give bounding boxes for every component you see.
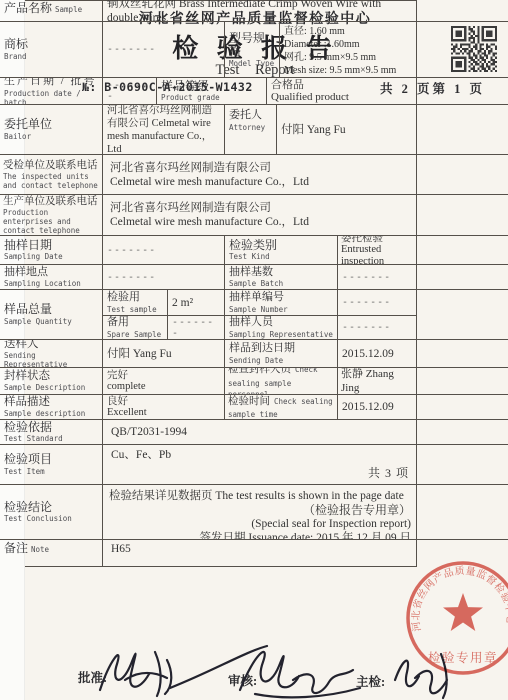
test-standard-value: QB/T2031-1994 [103,420,417,444]
row-production-unit: 生产单位及联系电话 Production enterprises and con… [0,195,508,236]
production-date-label: 生产日期 / 批号 Production date / batch [0,78,103,104]
review-signature [170,646,360,697]
sample-number-label: 抽样单编号 Sample Number [225,290,338,315]
row-brand-model: 商标 Brand ------- 型号规格 Model Type 直径: 1.6… [0,22,508,78]
label-cn: 产品名称 [4,2,52,16]
seal-state-label: 封样状态 Sample Description [0,368,103,394]
sending-date-value: 2015.12.09 [338,340,417,367]
row-inspected-unit: 受检单位及联系电话 The inspected units and contac… [0,155,508,195]
sampling-location-label: 抽样地点 Sampling Location [0,265,103,289]
model-type-value: 直径: 1.60 mm Diameter :1.60mm 网孔: 9.5 mm×… [280,22,417,77]
production-unit-label: 生产单位及联系电话 Production enterprises and con… [0,195,103,235]
conclusion-seal-note-en: (Special seal for Inspection report) [109,517,411,531]
brand-label: 商标 Brand [0,22,103,77]
test-kind-value: 委托检验 Entrusted inspection [338,236,417,264]
bailor-value: 河北省喜尔玛丝网制造有限公司 Celmetal wire mesh manufa… [103,105,225,154]
conclusion-line1: 检验结果详见数据页 The test results is shown in t… [109,489,411,503]
row-test-standard: 检验依据 Test Standard QB/T2031-1994 [0,420,508,445]
sample-desc-value: 良好 Excellent [103,395,225,419]
sample-batch-label: 抽样基数 Sample Batch [225,265,338,289]
sample-quantity-label: 样品总量 Sample Quantity [0,290,103,339]
product-grade-value: 合格品 Qualified product [267,78,417,104]
sample-batch-value: ------- [338,265,417,289]
approve-signature [100,652,171,696]
bailor-label: 委托单位 Bailor [0,105,103,154]
test-item-value: Cu、Fe、Pb 共 3 项 [103,445,417,484]
row-sampling-location: 抽样地点 Sampling Location ------- 抽样基数 Samp… [0,265,508,290]
sampling-date-label: 抽样日期 Sampling Date [0,236,103,264]
sending-date-label: 样品到达日期 Sending Date [225,340,338,367]
attorney-value: 付阳 Yang Fu [277,105,417,154]
stamp-bottom-text: 检验专用章 [428,650,498,665]
stamp-star-icon [443,593,483,631]
sampling-location-value: ------- [103,265,225,289]
label-en: Sample [55,5,82,14]
document-page: 河北省丝网产品质量监督检验中心 检 验 报 告 Test Report №: B… [0,0,508,700]
sampling-rep-value: ------- [338,315,417,340]
note-value: H65 [103,540,417,567]
inspection-stamp: 河北省丝网产品质量监督检验中心 检验专用章 [402,556,508,680]
sending-rep-value: 付阳 Yang Fu [103,340,225,367]
check-personnel-label: 检查封样人员 Check sealing sample personnel [225,368,338,394]
row-sending-rep: 送样人 Sending Representative 付阳 Yang Fu 样品… [0,340,508,368]
seal-state-value: 完好 complete [103,368,225,394]
production-unit-value: 河北省喜尔玛丝网制造有限公司 Celmetal wire mesh manufa… [103,195,417,235]
test-standard-label: 检验依据 Test Standard [0,420,103,444]
check-personnel-value: 张静 Zhang Jing [338,368,417,394]
row-sample-desc: 样品描述 Sample description 良好 Excellent 检验时… [0,395,508,420]
report-table: 产品名称 Sample 铜双丝轧花网 Brass Intermediate Cr… [0,0,417,567]
product-grade-label: 样品等级 Product grade [157,78,267,104]
sampling-rep-label: 抽样人员 Sampling Representative [225,315,338,340]
row-sampling-date: 抽样日期 Sampling Date ------- 检验类别 Test Kin… [0,236,508,265]
check-time-value: 2015.12.09 [338,395,417,419]
sampling-date-value: ------- [103,236,225,264]
inspected-unit-label: 受检单位及联系电话 The inspected units and contac… [0,155,103,194]
product-name-value: 铜双丝轧花网 Brass Intermediate Crimp Woven Wi… [103,0,417,21]
conclusion-seal-note-cn: （检验报告专用章） [109,503,411,517]
test-sample-value: 2 m² [168,290,225,315]
item-count-note: 共 3 项 [368,464,409,481]
spare-sample-value: ------- [168,315,225,340]
conclusion-issuance-date: 签发日期 Issuance date: 2015 年 12 月 09 日 [109,531,411,539]
row-test-item: 检验项目 Test Item Cu、Fe、Pb 共 3 项 [0,445,508,485]
production-date-value: ------- [103,78,157,104]
row-seal-state: 封样状态 Sample Description 完好 complete 检查封样… [0,368,508,395]
conclusion-label: 检验结论 Test Conclusion [0,485,103,539]
note-label: 备注 Note [0,540,103,567]
row-bailor: 委托单位 Bailor 河北省喜尔玛丝网制造有限公司 Celmetal wire… [0,105,508,155]
spare-sample-label: 备用 Spare Sample [103,315,168,340]
inspected-unit-value: 河北省喜尔玛丝网制造有限公司 Celmetal wire mesh manufa… [103,155,417,194]
sending-rep-label: 送样人 Sending Representative [0,340,103,367]
row-production-grade: 生产日期 / 批号 Production date / batch ------… [0,78,508,105]
sample-desc-label: 样品描述 Sample description [0,395,103,419]
conclusion-value: 检验结果详见数据页 The test results is shown in t… [103,485,417,539]
row-product-name: 产品名称 Sample 铜双丝轧花网 Brass Intermediate Cr… [0,0,508,22]
test-kind-label: 检验类别 Test Kind [225,236,338,264]
row-sample-quantity: 样品总量 Sample Quantity 检验用 Test sample 2 m… [0,290,508,340]
brand-value: ------- [103,22,225,77]
test-sample-label: 检验用 Test sample [103,290,168,315]
test-item-label: 检验项目 Test Item [0,445,103,484]
check-time-label: 检验时间 Check sealing sample time [225,395,338,419]
sample-number-value: ------- [338,290,417,315]
model-type-label: 型号规格 Model Type [225,22,280,77]
attorney-label: 委托人 Attorney [225,105,277,154]
product-name-label: 产品名称 Sample [0,0,103,21]
row-conclusion: 检验结论 Test Conclusion 检验结果详见数据页 The test … [0,485,508,540]
